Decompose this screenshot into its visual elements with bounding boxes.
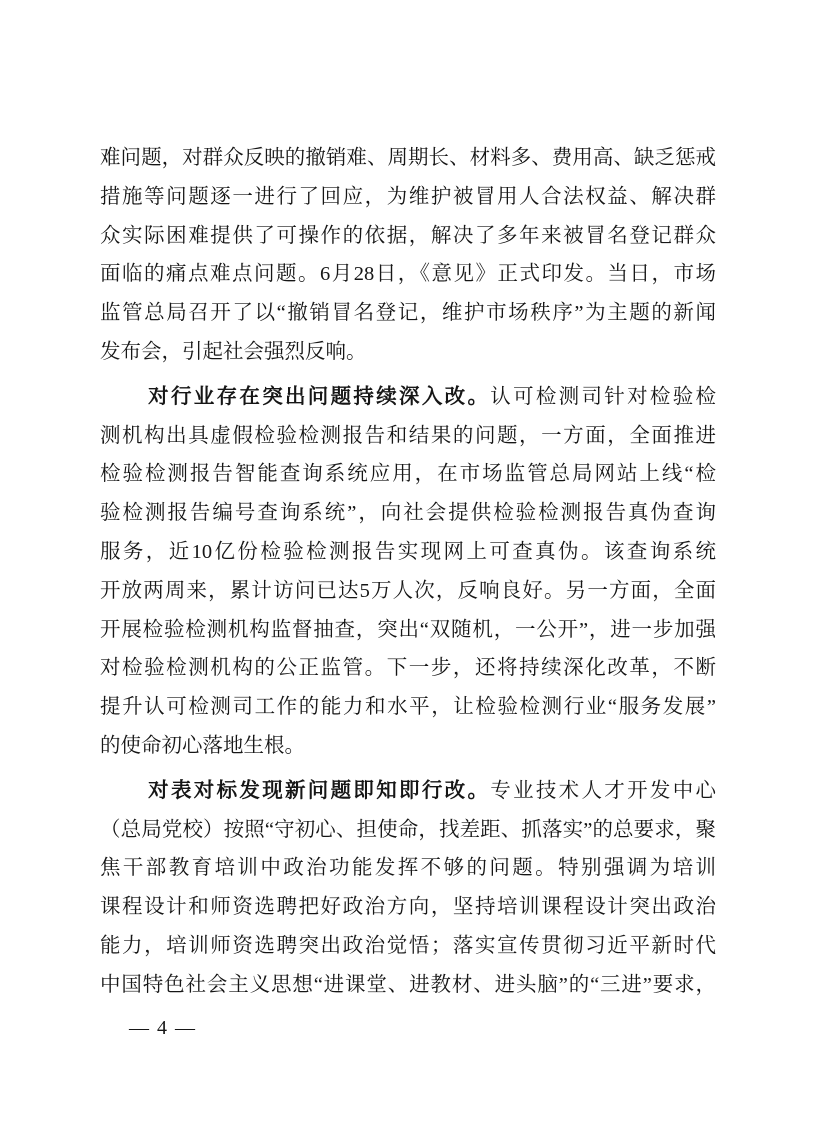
text-line: 服务，近10亿份检验检测报告实现网上可查真伪。该查询系统 — [100, 533, 716, 572]
line-text: 提升认可检测司工作的能力和水平，让检验检测行业“服务发展” — [100, 696, 716, 718]
line-text: 措施等问题逐一进行了回应，为维护被冒用人合法权益、解决群 — [100, 186, 716, 208]
text-line: 监管总局召开了以“撤销冒名登记，维护市场秩序”为主题的新闻 — [100, 294, 716, 333]
text-line: 开放两周来，累计访问已达5万人次，反响良好。另一方面，全面 — [100, 572, 716, 611]
line-text: 开展检验检测机构监督抽查，突出“双随机，一公开”，进一步加强 — [100, 619, 716, 641]
line-text: 开放两周来，累计访问已达5万人次，反响良好。另一方面，全面 — [100, 580, 716, 602]
text-line: 对检验检测机构的公正监管。下一步，还将持续深化改革，不断 — [100, 649, 716, 688]
text-line: 众实际困难提供了可操作的依据，解决了多年来被冒名登记群众 — [100, 217, 716, 256]
line-text: 专业技术人才开发中心 — [490, 780, 716, 802]
line-text: 验检测报告编号查询系统”，向社会提供检验检测报告真伪查询 — [100, 502, 716, 524]
document-page: 难问题，对群众反映的撤销难、周期长、材料多、费用高、缺乏惩戒 措施等问题逐一进行… — [0, 0, 816, 1145]
text-line: 提升认可检测司工作的能力和水平，让检验检测行业“服务发展” — [100, 688, 716, 727]
body-text: 难问题，对群众反映的撤销难、周期长、材料多、费用高、缺乏惩戒 措施等问题逐一进行… — [100, 139, 716, 1005]
paragraph-bold-lead: 对行业存在突出问题持续深入改。 — [148, 385, 490, 408]
paragraph-new-problems: 对表对标发现新问题即知即行改。专业技术人才开发中心 （总局党校）按照“守初心、担… — [100, 772, 716, 1005]
paragraph-continuation: 难问题，对群众反映的撤销难、周期长、材料多、费用高、缺乏惩戒 措施等问题逐一进行… — [100, 139, 716, 372]
line-text: 中国特色社会主义思想“进课堂、进教材、进头脑”的“三进”要求， — [100, 974, 716, 996]
text-line: 中国特色社会主义思想“进课堂、进教材、进头脑”的“三进”要求， — [100, 966, 716, 1005]
text-line: 对行业存在突出问题持续深入改。认可检测司针对检验检 — [100, 378, 716, 417]
text-line: 验检测报告编号查询系统”，向社会提供检验检测报告真伪查询 — [100, 494, 716, 533]
line-text: 认可检测司针对检验检 — [490, 386, 716, 408]
line-text: 服务，近10亿份检验检测报告实现网上可查真伪。该查询系统 — [100, 541, 716, 563]
line-text: 面临的痛点难点问题。6月28日，《意见》正式印发。当日，市场 — [100, 263, 716, 285]
line-text: 监管总局召开了以“撤销冒名登记，维护市场秩序”为主题的新闻 — [100, 302, 716, 324]
line-text: 焦干部教育培训中政治功能发挥不够的问题。特别强调为培训 — [100, 857, 716, 879]
line-text: 能力，培训师资选聘突出政治觉悟；落实宣传贯彻习近平新时代 — [100, 935, 716, 957]
text-line: 能力，培训师资选聘突出政治觉悟；落实宣传贯彻习近平新时代 — [100, 927, 716, 966]
line-text: 测机构出具虚假检验检测报告和结果的问题，一方面，全面推进 — [100, 425, 716, 447]
line-text: 众实际困难提供了可操作的依据，解决了多年来被冒名登记群众 — [100, 225, 716, 247]
text-line: 测机构出具虚假检验检测报告和结果的问题，一方面，全面推进 — [100, 417, 716, 456]
text-line: 的使命初心落地生根。 — [100, 727, 716, 766]
line-text: 的使命初心落地生根。 — [100, 735, 305, 757]
text-line: 开展检验检测机构监督抽查，突出“双随机，一公开”，进一步加强 — [100, 611, 716, 650]
paragraph-industry-issues: 对行业存在突出问题持续深入改。认可检测司针对检验检 测机构出具虚假检验检测报告和… — [100, 378, 716, 766]
line-text: 发布会，引起社会强烈反响。 — [100, 341, 367, 363]
line-text: 检验检测报告智能查询系统应用，在市场监管总局网站上线“检 — [100, 463, 716, 485]
text-line: 检验检测报告智能查询系统应用，在市场监管总局网站上线“检 — [100, 455, 716, 494]
line-text: 对检验检测机构的公正监管。下一步，还将持续深化改革，不断 — [100, 657, 716, 679]
page-footer: — 4 — — [129, 1013, 197, 1043]
text-line: 对表对标发现新问题即知即行改。专业技术人才开发中心 — [100, 772, 716, 811]
text-line: 面临的痛点难点问题。6月28日，《意见》正式印发。当日，市场 — [100, 255, 716, 294]
text-line: 焦干部教育培训中政治功能发挥不够的问题。特别强调为培训 — [100, 849, 716, 888]
paragraph-bold-lead: 对表对标发现新问题即知即行改。 — [148, 779, 490, 802]
line-text: （总局党校）按照“守初心、担使命，找差距、抓落实”的总要求，聚 — [100, 819, 716, 841]
text-line: 课程设计和师资选聘把好政治方向，坚持培训课程设计突出政治 — [100, 888, 716, 927]
text-line: 发布会，引起社会强烈反响。 — [100, 333, 716, 372]
text-line: 措施等问题逐一进行了回应，为维护被冒用人合法权益、解决群 — [100, 178, 716, 217]
page-number: — 4 — — [129, 1017, 197, 1039]
text-line: 难问题，对群众反映的撤销难、周期长、材料多、费用高、缺乏惩戒 — [100, 139, 716, 178]
line-text: 课程设计和师资选聘把好政治方向，坚持培训课程设计突出政治 — [100, 896, 716, 918]
text-line: （总局党校）按照“守初心、担使命，找差距、抓落实”的总要求，聚 — [100, 811, 716, 850]
line-text: 难问题，对群众反映的撤销难、周期长、材料多、费用高、缺乏惩戒 — [100, 147, 716, 169]
